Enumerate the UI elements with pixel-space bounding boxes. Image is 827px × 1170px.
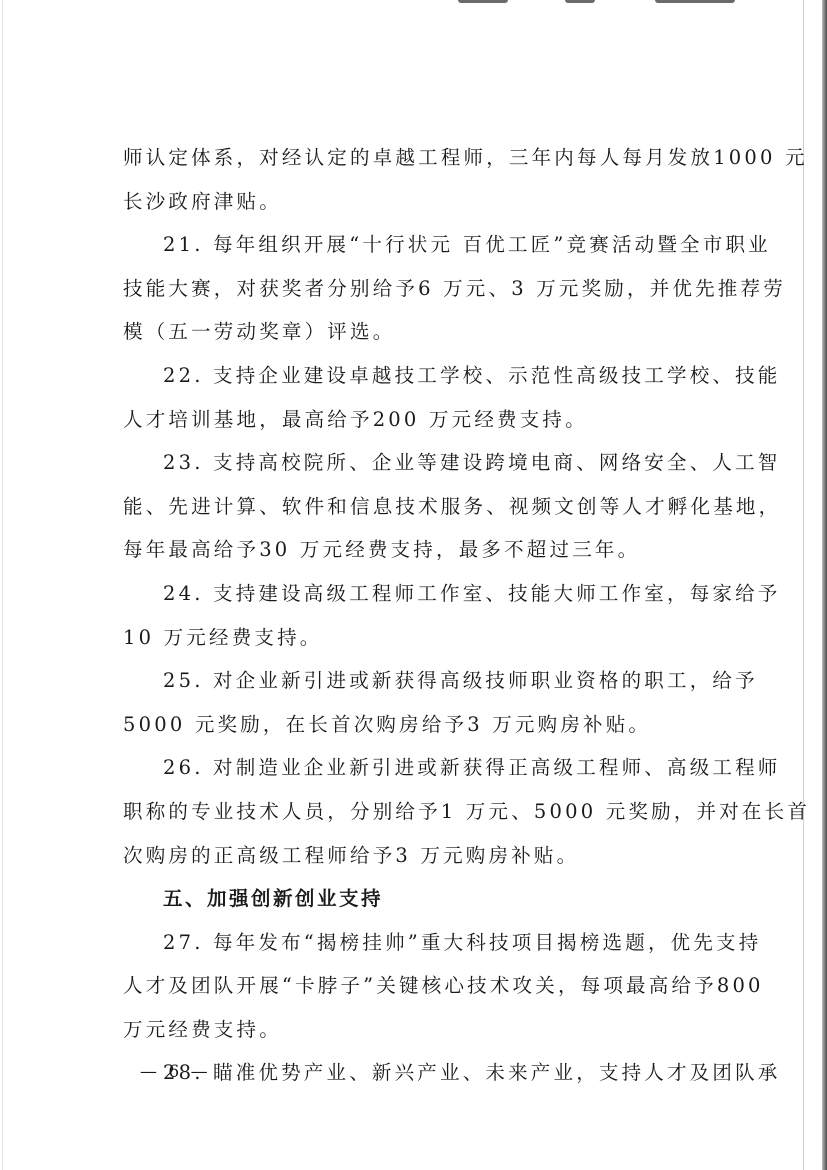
- page-number: — 6 —: [140, 1062, 211, 1082]
- section-heading: 五、加强创新创业支持: [123, 877, 729, 921]
- scan-edge-right-inner: [803, 0, 804, 1170]
- text-line: 5000 元奖励，在长首次购房给予3 万元购房补贴。: [123, 703, 729, 747]
- text-line: 次购房的正高级工程师给予3 万元购房补贴。: [123, 834, 729, 878]
- clause-21: 21. 每年组织开展“十行状元 百优工匠”竞赛活动暨全市职业: [123, 223, 729, 267]
- text-line: 人才培训基地，最高给予200 万元经费支持。: [123, 398, 729, 442]
- scan-top-mark: [458, 0, 508, 3]
- text-line: 模（五一劳动奖章）评选。: [123, 310, 729, 354]
- text-line: 师认定体系，对经认定的卓越工程师，三年内每人每月发放1000 元: [123, 136, 729, 180]
- clause-26: 26. 对制造业企业新引进或新获得正高级工程师、高级工程师: [123, 746, 729, 790]
- text-line: 职称的专业技术人员，分别给予1 万元、5000 元奖励，并对在长首: [123, 790, 729, 834]
- clause-28: 28. 瞄准优势产业、新兴产业、未来产业，支持人才及团队承: [123, 1051, 729, 1095]
- scan-edge-right: [822, 0, 827, 1170]
- text-line: 每年最高给予30 万元经费支持，最多不超过三年。: [123, 528, 729, 572]
- scan-top-mark: [565, 0, 595, 3]
- clause-23: 23. 支持高校院所、企业等建设跨境电商、网络安全、人工智: [123, 441, 729, 485]
- clause-24: 24. 支持建设高级工程师工作室、技能大师工作室，每家给予: [123, 572, 729, 616]
- clause-25: 25. 对企业新引进或新获得高级技师职业资格的职工，给予: [123, 659, 729, 703]
- text-line: 万元经费支持。: [123, 1008, 729, 1052]
- clause-27: 27. 每年发布“揭榜挂帅”重大科技项目揭榜选题，优先支持: [123, 921, 729, 965]
- text-line: 能、先进计算、软件和信息技术服务、视频文创等人才孵化基地，: [123, 485, 729, 529]
- document-body: 师认定体系，对经认定的卓越工程师，三年内每人每月发放1000 元 长沙政府津贴。…: [123, 136, 729, 1095]
- text-line: 技能大赛，对获奖者分别给予6 万元、3 万元奖励，并优先推荐劳: [123, 267, 729, 311]
- text-line: 人才及团队开展“卡脖子”关键核心技术攻关，每项最高给予800: [123, 964, 729, 1008]
- scan-edge-left: [2, 0, 3, 1170]
- scan-top-mark: [655, 0, 735, 3]
- text-line: 长沙政府津贴。: [123, 180, 729, 224]
- clause-22: 22. 支持企业建设卓越技工学校、示范性高级技工学校、技能: [123, 354, 729, 398]
- text-line: 10 万元经费支持。: [123, 616, 729, 660]
